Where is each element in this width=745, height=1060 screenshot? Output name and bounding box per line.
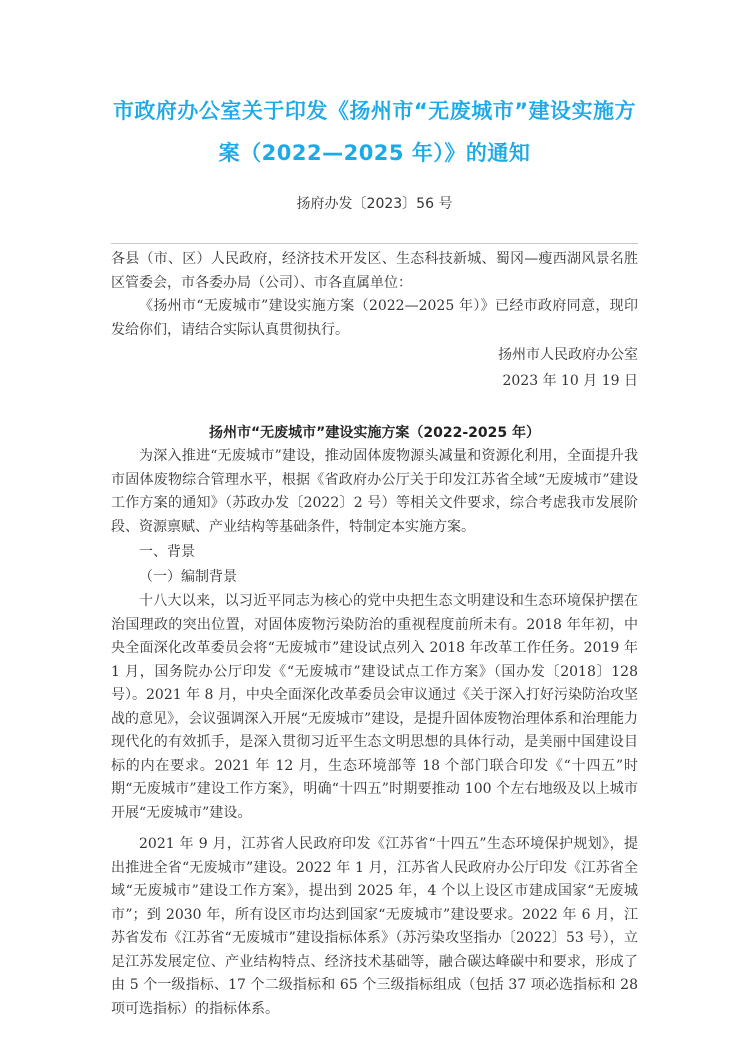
issuer: 扬州市人民政府办公室: [111, 344, 638, 368]
header-divider: [111, 243, 638, 244]
cover-letter: 各县（市、区）人民政府，经济技术开发区、生态科技新城、蜀冈—瘦西湖风景名胜区管委…: [111, 248, 638, 393]
plan-intro: 为深入推进“无废城市”建设，推动固体废物源头减量和资源化利用，全面提升我市固体废…: [111, 445, 638, 539]
plan-section: 扬州市“无废城市”建设实施方案（2022-2025 年） 为深入推进“无废城市”…: [111, 421, 638, 1021]
recipients: 各县（市、区）人民政府，经济技术开发区、生态科技新城、蜀冈—瘦西湖风景名胜区管委…: [111, 248, 638, 295]
document-number: 扬府办发〔2023〕56 号: [111, 193, 638, 213]
background-paragraph-2: 2021 年 9 月，江苏省人民政府印发《江苏省“十四五”生态环境保护规划》，提…: [111, 833, 638, 1021]
section-heading-background: 一、背景: [111, 541, 638, 565]
background-paragraph-1: 十八大以来，以习近平同志为核心的党中央把生态文明建设和生态环境保护摆在治国理政的…: [111, 590, 638, 825]
cover-letter-body: 《扬州市“无废城市”建设实施方案（2022—2025 年）》已经市政府同意，现印…: [111, 295, 638, 342]
notice-title-line2: 案（2022—2025 年）》的通知: [111, 132, 638, 174]
notice-title: 市政府办公室关于印发《扬州市“无废城市”建设实施方 案（2022—2025 年）…: [111, 90, 638, 174]
notice-title-line1: 市政府办公室关于印发《扬州市“无废城市”建设实施方: [111, 90, 638, 132]
issue-date: 2023 年 10 月 19 日: [111, 370, 638, 394]
plan-title: 扬州市“无废城市”建设实施方案（2022-2025 年）: [111, 421, 638, 445]
subsection-heading-compilation-background: （一）编制背景: [111, 566, 638, 590]
